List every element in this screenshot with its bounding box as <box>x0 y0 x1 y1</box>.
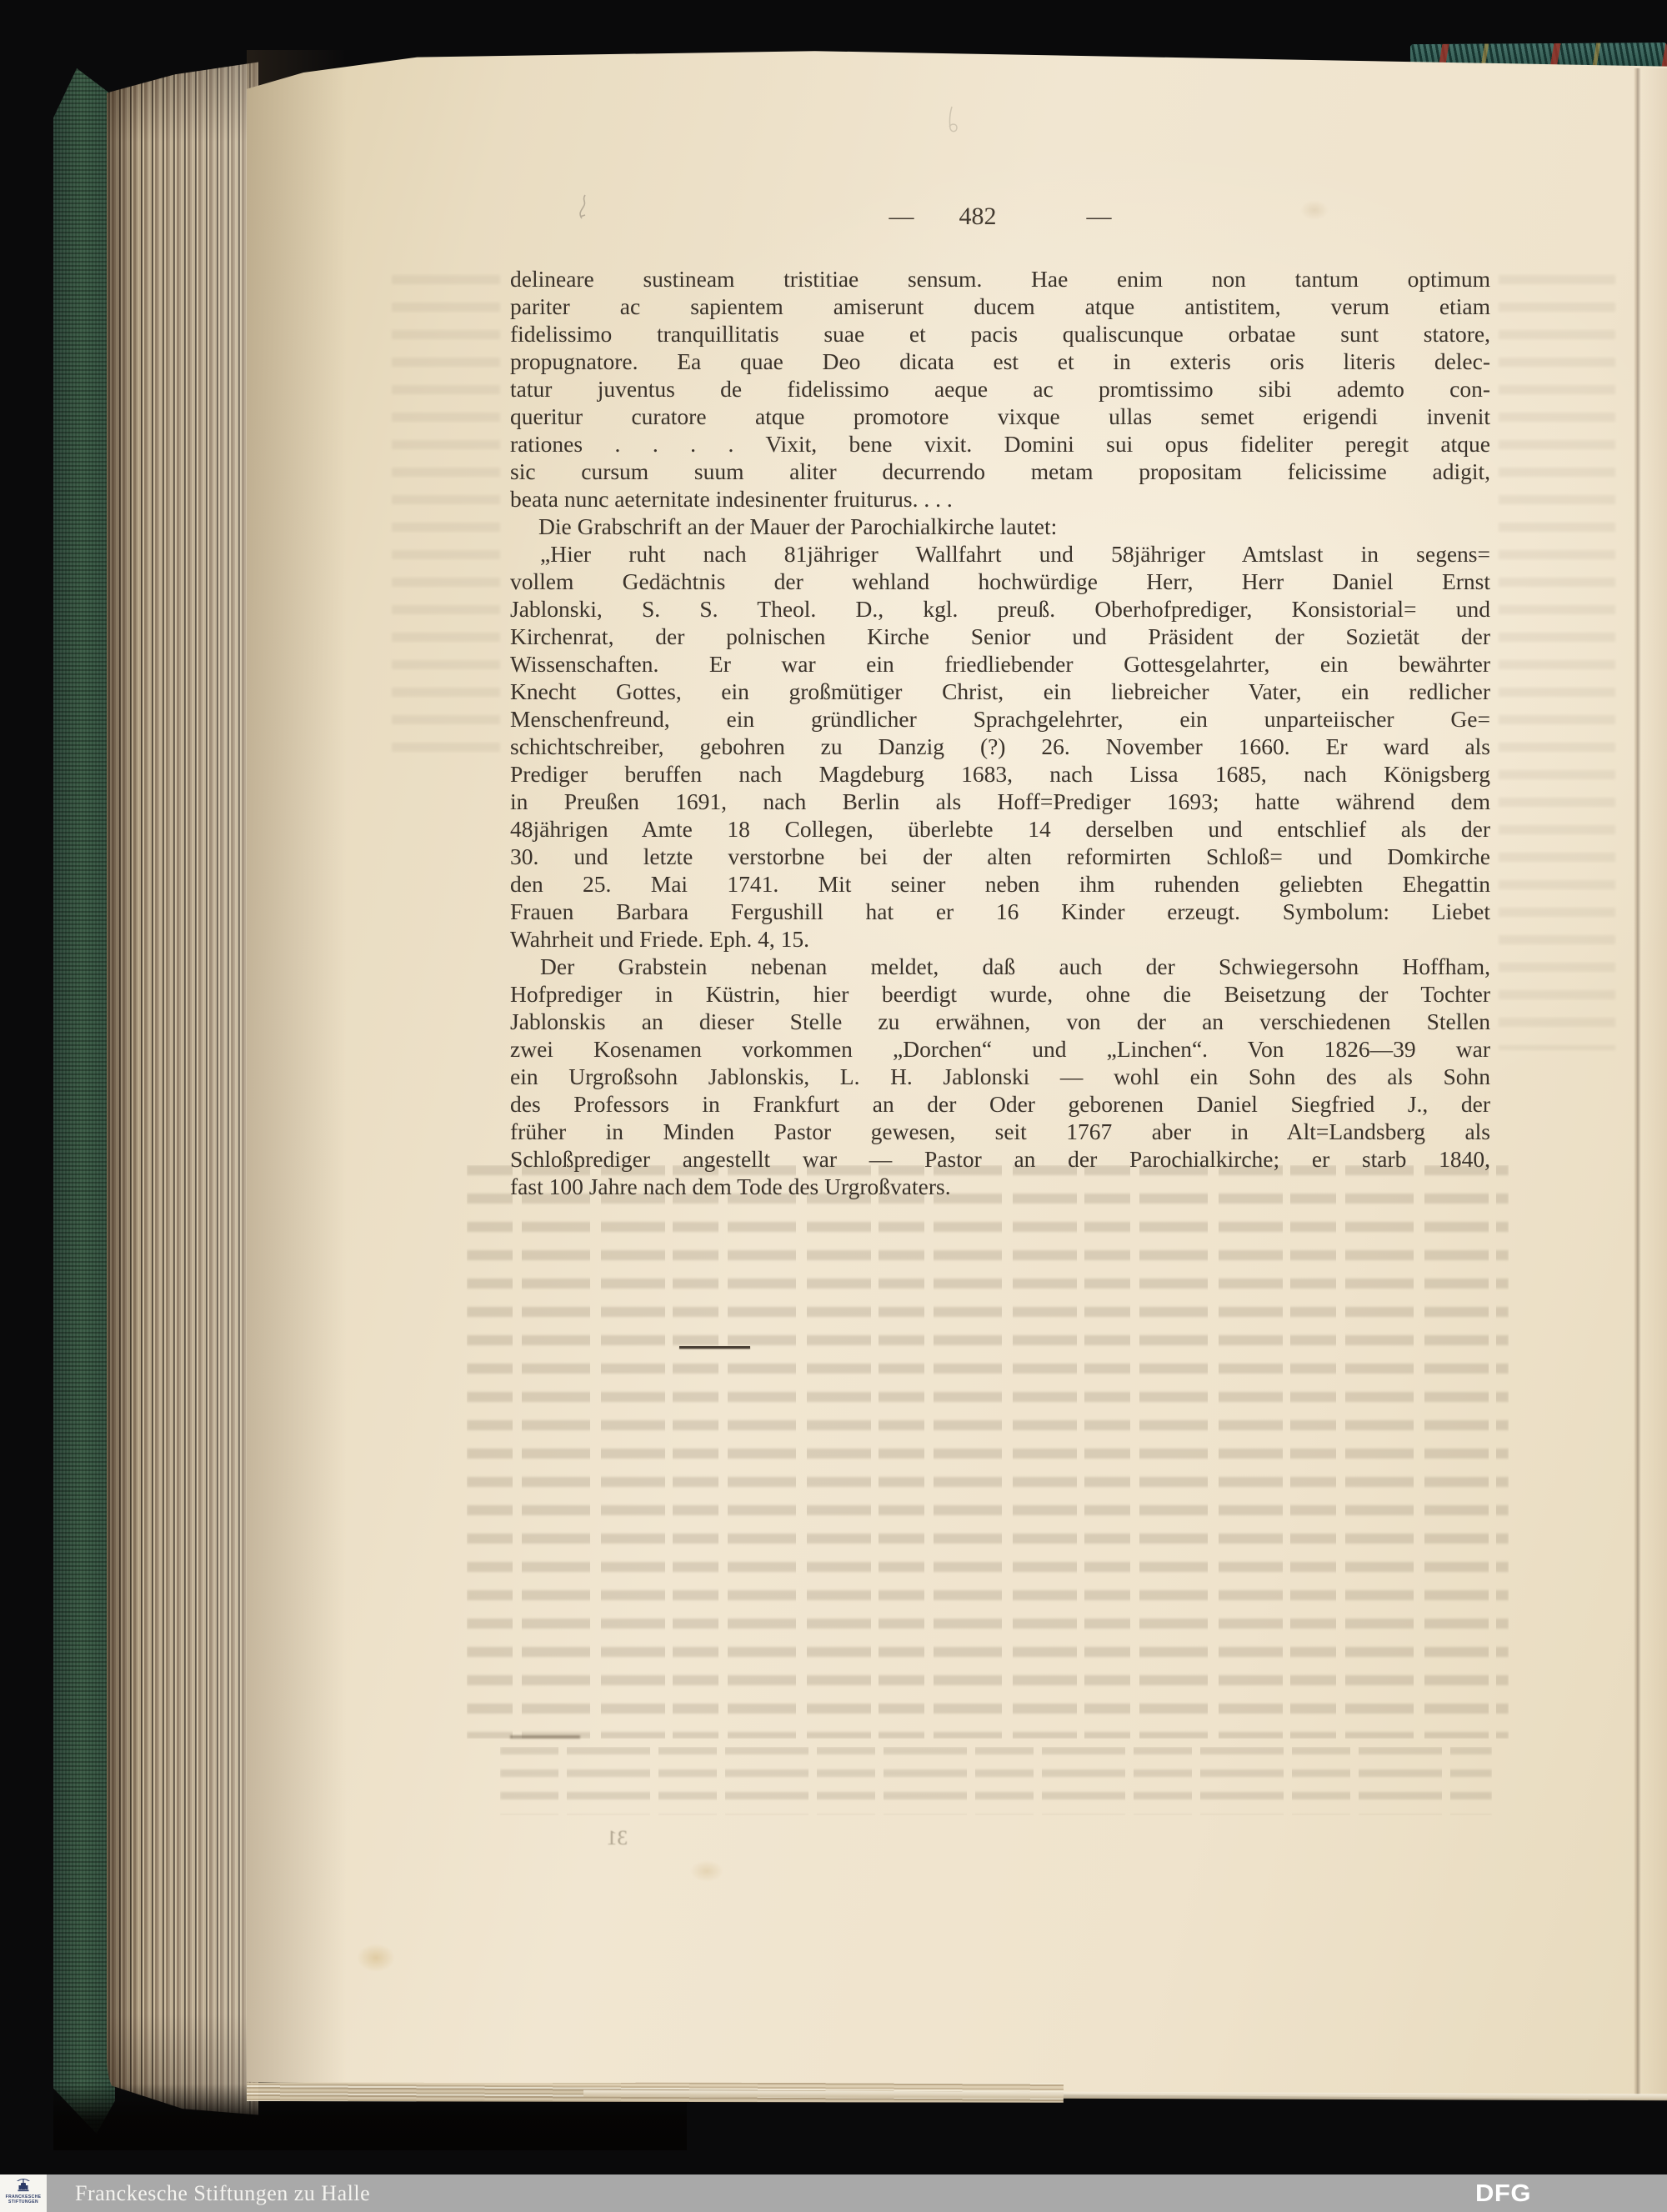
epitaph-intro-line: Die Grabschrift an der Mauer der Parochi… <box>510 513 1490 540</box>
page-number: 482 <box>959 203 997 230</box>
age-stain <box>690 1860 723 1882</box>
pencil-mark <box>942 105 964 137</box>
text-line: pariter ac sapientem amiserunt ducem atq… <box>510 293 1490 320</box>
text-line: den 25. Mai 1741. Mit seiner neben ihm r… <box>510 870 1490 898</box>
text-line: 48jährigen Amte 18 Collegen, überlebte 1… <box>510 815 1490 843</box>
francke-logo-caption-line2: STIFTUNGEN <box>8 2199 38 2204</box>
text-line: Hofprediger in Küstrin, hier beerdigt wu… <box>510 980 1490 1008</box>
text-line: Kirchenrat, der polnischen Kirche Senior… <box>510 623 1490 650</box>
text-line: schichtschreiber, gebohren zu Danzig (?)… <box>510 733 1490 760</box>
text-line: 30. und letzte verstorbne bei der alten … <box>510 843 1490 870</box>
text-line: Prediger beruffen nach Magdeburg 1683, n… <box>510 760 1490 788</box>
text-line: Wissenschaften. Er war ein friedliebende… <box>510 650 1490 678</box>
text-line: rationes . . . . Vixit, bene vixit. Domi… <box>510 430 1490 458</box>
latin-paragraph: delineare sustineam tristitiae sensum. H… <box>510 265 1490 513</box>
text-line: tatur juventus de fidelissimo aeque ac p… <box>510 375 1490 403</box>
section-divider-rule <box>679 1346 750 1349</box>
text-line: früher in Minden Pastor gewesen, seit 17… <box>510 1118 1490 1145</box>
francke-logo: FRANCKESCHE STIFTUNGEN <box>0 2174 47 2212</box>
institution-name: Franckesche Stiftungen zu Halle <box>75 2174 370 2212</box>
text-line: zwei Kosenamen vorkommen „Dorchen“ und „… <box>510 1035 1490 1063</box>
scanned-book-viewer: 31 — 482 — delineare sustineam tristitia… <box>0 0 1667 2212</box>
text-line: des Professors in Frankfurt an der Oder … <box>510 1090 1490 1118</box>
dfg-logo: DFG <box>1475 2176 1531 2210</box>
page-header: — 482 — <box>510 200 1490 232</box>
text-line: Jablonski, S. S. Theol. D., kgl. preuß. … <box>510 595 1490 623</box>
text-line: Schloßprediger angestellt war — Pastor a… <box>510 1145 1490 1173</box>
text-column: — 482 — delineare sustineam tristitiae s… <box>510 200 1490 1200</box>
text-line: Wahrheit und Friede. Eph. 4, 15. <box>510 925 1490 953</box>
header-dash-left: — <box>889 203 914 230</box>
text-line: „Hier ruht nach 81jähriger Wallfahrt und… <box>510 540 1490 568</box>
page-binding-crease <box>1634 68 1667 2095</box>
text-line: sic cursum suum aliter decurrendo metam … <box>510 458 1490 485</box>
page-gutter-shading-left <box>247 50 347 2100</box>
page-fore-edge-stack <box>107 60 258 2117</box>
header-dash-right-fallback: — <box>1087 203 1112 230</box>
age-stain <box>357 1944 395 1972</box>
text-line: Knecht Gottes, ein großmütiger Christ, e… <box>510 678 1490 705</box>
text-line: propugnatore. Ea quae Deo dicata est et … <box>510 348 1490 375</box>
text-line: in Preußen 1691, nach Berlin als Hoff=Pr… <box>510 788 1490 815</box>
text-line: Menschenfreund, ein gründlicher Sprachge… <box>510 705 1490 733</box>
text-line: Frauen Barbara Fergushill hat er 16 Kind… <box>510 898 1490 925</box>
epitaph-paragraph: „Hier ruht nach 81jähriger Wallfahrt und… <box>510 540 1490 953</box>
text-line: fast 100 Jahre nach dem Tode des Urgroßv… <box>510 1173 1490 1200</box>
book-cover-cloth <box>53 68 115 2134</box>
text-line: Der Grabstein nebenan meldet, daß auch d… <box>510 953 1490 980</box>
text-line: fidelissimo tranquillitatis suae et paci… <box>510 320 1490 348</box>
text-line: Jablonskis an dieser Stelle zu erwähnen,… <box>510 1008 1490 1035</box>
text-line: ein Urgroßsohn Jablonskis, L. H. Jablons… <box>510 1063 1490 1090</box>
text-line: beata nunc aeternitate indesinenter frui… <box>510 485 1490 513</box>
gravestone-paragraph: Der Grabstein nebenan meldet, daß auch d… <box>510 953 1490 1200</box>
francke-emblem-icon <box>14 2176 33 2194</box>
text-line: queritur curatore atque promotore vixque… <box>510 403 1490 430</box>
text-line: delineare sustineam tristitiae sensum. H… <box>510 265 1490 293</box>
text-line: vollem Gedächtnis der wehland hochwürdig… <box>510 568 1490 595</box>
